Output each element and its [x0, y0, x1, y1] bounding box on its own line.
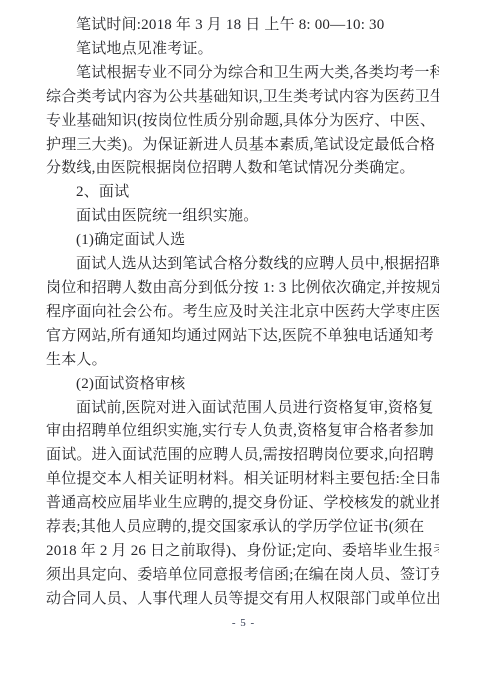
document-line: 笔试地点见准考证。	[46, 38, 439, 62]
document-line: 面试。进入面试范围的应聘人员,需按招聘岗位要求,向招聘	[46, 444, 439, 468]
document-line: 综合类考试内容为公共基础知识,卫生类考试内容为医药卫生	[46, 86, 439, 110]
document-line: 专业基础知识(按岗位性质分别命题,具体分为医疗、中医、	[46, 110, 439, 134]
document-line: 面试前,医院对进入面试范围人员进行资格复审,资格复	[46, 397, 439, 421]
document-line: 生本人。	[46, 349, 439, 373]
document-body: 笔试时间:2018 年 3 月 18 日 上午 8: 00—10: 30笔试地点…	[0, 0, 487, 612]
document-line: (2)面试资格审核	[46, 373, 439, 397]
document-line: 2、面试	[46, 181, 439, 205]
document-line: 面试由医院统一组织实施。	[46, 205, 439, 229]
document-line: 单位提交本人相关证明材料。相关证明材料主要包括:全日制	[46, 468, 439, 492]
document-line: 2018 年 2 月 26 日之前取得)、身份证;定向、委培毕业生报考,	[46, 540, 439, 564]
document-line: (1)确定面试人选	[46, 229, 439, 253]
document-line: 荐表;其他人员应聘的,提交国家承认的学历学位证书(须在	[46, 516, 439, 540]
document-line: 审由招聘单位组织实施,实行专人负责,资格复审合格者参加	[46, 420, 439, 444]
document-line: 岗位和招聘人数由高分到低分按 1: 3 比例依次确定,并按规定	[46, 277, 439, 301]
document-line: 官方网站,所有通知均通过网站下达,医院不单独电话通知考	[46, 325, 439, 349]
document-line: 护理三大类)。为保证新进人员基本素质,笔试设定最低合格	[46, 134, 439, 158]
page-number: - 5 -	[0, 617, 487, 629]
document-line: 面试人选从达到笔试合格分数线的应聘人员中,根据招聘	[46, 253, 439, 277]
document-line: 分数线,由医院根据岗位招聘人数和笔试情况分类确定。	[46, 157, 439, 181]
document-line: 程序面向社会公布。考生应及时关注北京中医药大学枣庄医院	[46, 301, 439, 325]
document-line: 笔试根据专业不同分为综合和卫生两大类,各类均考一科。	[46, 62, 439, 86]
document-line: 动合同人员、人事代理人员等提交有用人权限部门或单位出具	[46, 588, 439, 612]
document-line: 普通高校应届毕业生应聘的,提交身份证、学校核发的就业推	[46, 492, 439, 516]
document-line: 须出具定向、委培单位同意报考信函;在编在岗人员、签订劳	[46, 564, 439, 588]
document-line: 笔试时间:2018 年 3 月 18 日 上午 8: 00—10: 30	[46, 14, 439, 38]
page: 笔试时间:2018 年 3 月 18 日 上午 8: 00—10: 30笔试地点…	[0, 0, 487, 678]
